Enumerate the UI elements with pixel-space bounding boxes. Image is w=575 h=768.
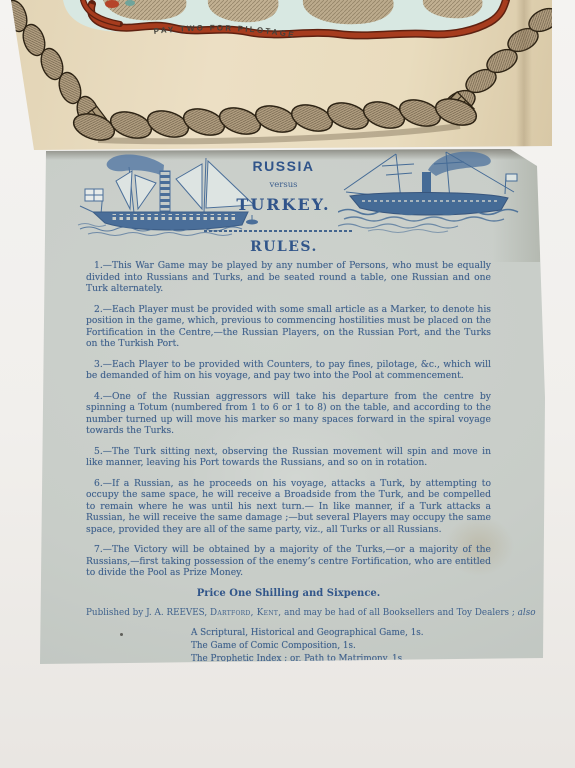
also-list-item: The Game of Comic Composition, 1s.	[191, 640, 491, 653]
map-detail	[125, 0, 135, 6]
also-list-item: The Prophetic Index ; or, Path to Matrim…	[191, 653, 491, 666]
publisher-suffix-italic: also	[518, 608, 536, 618]
rule-paragraph: 5.—The Turk sitting next, observing the …	[86, 446, 491, 469]
rule-paragraph: 1.—This War Game may be played by any nu…	[86, 260, 491, 295]
rule-paragraph: 2.—Each Player must be provided with som…	[86, 304, 491, 350]
rules-sheet: RUSSIA versus TURKEY.	[36, 148, 548, 666]
also-published-list: A Scriptural, Historical and Geographica…	[191, 627, 491, 679]
also-list-item: A Scriptural, Historical and Geographica…	[191, 627, 491, 640]
rule-paragraph: 4.—One of the Russian aggressors will ta…	[86, 391, 491, 437]
title-versus: versus	[221, 180, 346, 190]
rule-paragraph: 7.—The Victory will be obtained by a maj…	[86, 544, 491, 579]
game-board-sheet: PAY TWO FOR PILOTAGE	[8, 0, 552, 151]
rules-heading: RULES.	[36, 239, 532, 255]
board-crease	[516, 0, 532, 150]
separator-dashed-rule	[204, 230, 354, 232]
also-list-item: Fortunes Temple, 1s. 6d.	[191, 666, 491, 679]
photo-stage: PAY TWO FOR PILOTAGE	[0, 0, 575, 768]
publisher-line: Published by J. A. REEVES, Dartford, Ken…	[86, 608, 491, 620]
rule-paragraph: 6.—If a Russian, as he proceeds on his v…	[86, 478, 491, 536]
publisher-prefix: Published by	[86, 608, 143, 618]
publisher-place: Dartford, Kent,	[210, 608, 281, 618]
rules-body: 1.—This War Game may be played by any nu…	[86, 260, 491, 679]
title-russia: RUSSIA	[221, 158, 346, 174]
right-ship-engraving	[338, 148, 520, 234]
price-line: Price One Shilling and Sixpence.	[86, 588, 491, 600]
publisher-suffix: and may be had of all Booksellers and To…	[284, 608, 515, 618]
map-detail	[105, 0, 119, 8]
game-board-art: PAY TWO FOR PILOTAGE	[8, 0, 552, 151]
title-turkey: TURKEY.	[221, 195, 346, 214]
masthead: RUSSIA versus TURKEY.	[221, 158, 346, 214]
rule-paragraph: 3.—Each Player to be provided with Count…	[86, 359, 491, 382]
publisher-name: J. A. REEVES,	[146, 608, 207, 618]
